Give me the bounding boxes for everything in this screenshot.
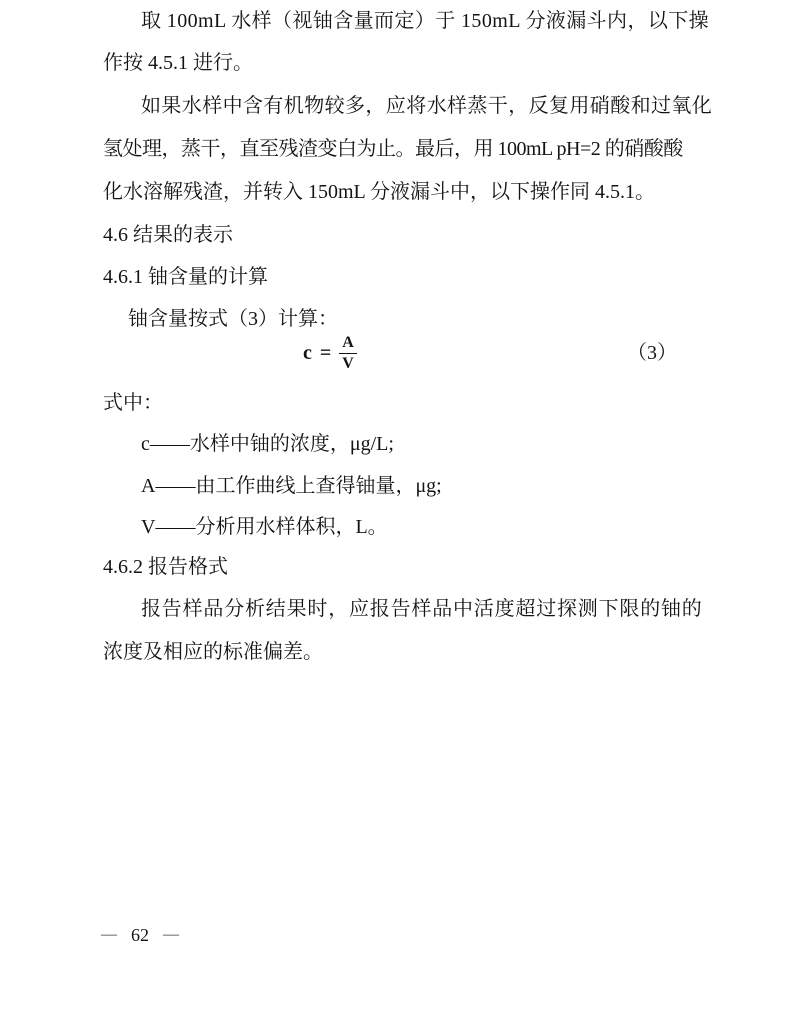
equation-3: c = A V （3） — [103, 330, 700, 376]
paragraph-line: 氢处理，蒸干，直至残渣变白为止。最后，用 100mL pH=2 的硝酸酸 — [103, 128, 743, 170]
where-clause-label: 式中： — [103, 382, 743, 424]
variable-definition-v: V——分析用水样体积，L。 — [103, 506, 743, 548]
paragraph-line: 取 100mL 水样（视铀含量而定）于 150mL 分液漏斗内，以下操 — [103, 0, 743, 42]
equation-expression: c = A V — [303, 330, 357, 376]
section-heading-4-6-2: 4.6.2 报告格式 — [103, 546, 743, 588]
paragraph-line: 如果水样中含有机物较多，应将水样蒸干，反复用硝酸和过氧化 — [103, 85, 743, 127]
paragraph-line: 化水溶解残渣，并转入 150mL 分液漏斗中，以下操作同 4.5.1。 — [103, 171, 743, 213]
section-heading-4-6: 4.6 结果的表示 — [103, 214, 743, 256]
section-heading-4-6-1: 4.6.1 铀含量的计算 — [103, 256, 743, 298]
variable-definition-a: A——由工作曲线上查得铀量，μg; — [103, 465, 743, 507]
fraction: A V — [339, 334, 357, 373]
fraction-denominator: V — [342, 354, 354, 373]
paragraph-line: 浓度及相应的标准偏差。 — [103, 631, 743, 673]
page-footer: — 62 — — [101, 915, 179, 955]
equation-number: （3） — [627, 330, 677, 376]
footer-right-dash: — — [163, 915, 179, 955]
paragraph-line: 报告样品分析结果时，应报告样品中活度超过探测下限的铀的 — [103, 588, 743, 630]
variable-definition-c: c——水样中铀的浓度，μg/L; — [103, 423, 743, 465]
fraction-numerator: A — [339, 334, 357, 354]
paragraph-line: 作按 4.5.1 进行。 — [103, 42, 743, 84]
equation-lhs: c — [303, 342, 312, 365]
equals-sign: = — [320, 342, 331, 365]
footer-left-dash: — — [101, 915, 117, 955]
page-number: 62 — [131, 915, 149, 955]
document-page: 取 100mL 水样（视铀含量而定）于 150mL 分液漏斗内，以下操 作按 4… — [0, 0, 800, 1013]
